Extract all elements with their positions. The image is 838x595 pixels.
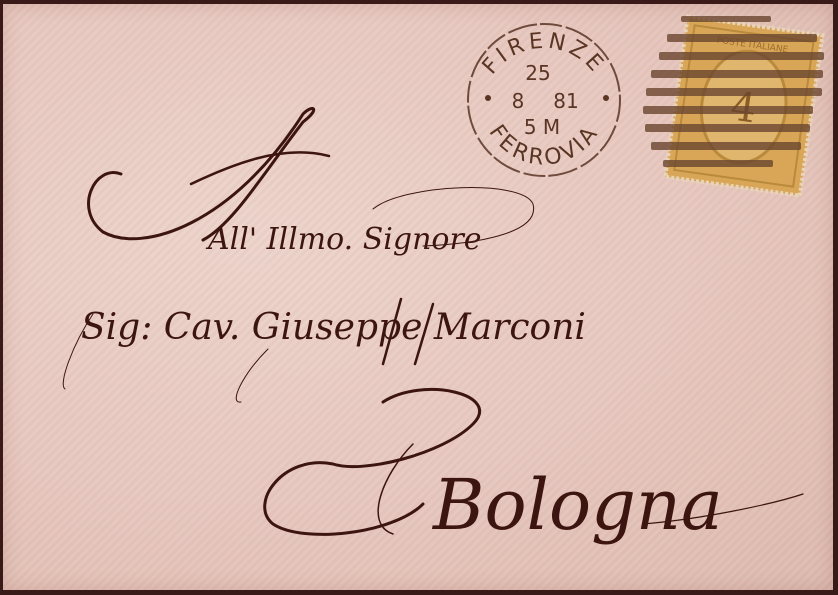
envelope: FIRENZE FERROVIA 25 8 81 5 M POSTE ITALI…: [3, 4, 833, 590]
address-line2: Sig: Cav. Giuseppe Marconi: [81, 307, 586, 348]
address-city: Bologna: [431, 464, 723, 546]
address-line1: All' Illmo. Signore: [205, 222, 482, 257]
handwritten-address: All' Illmo. Signore Sig: Cav. Giuseppe M…: [3, 4, 833, 590]
